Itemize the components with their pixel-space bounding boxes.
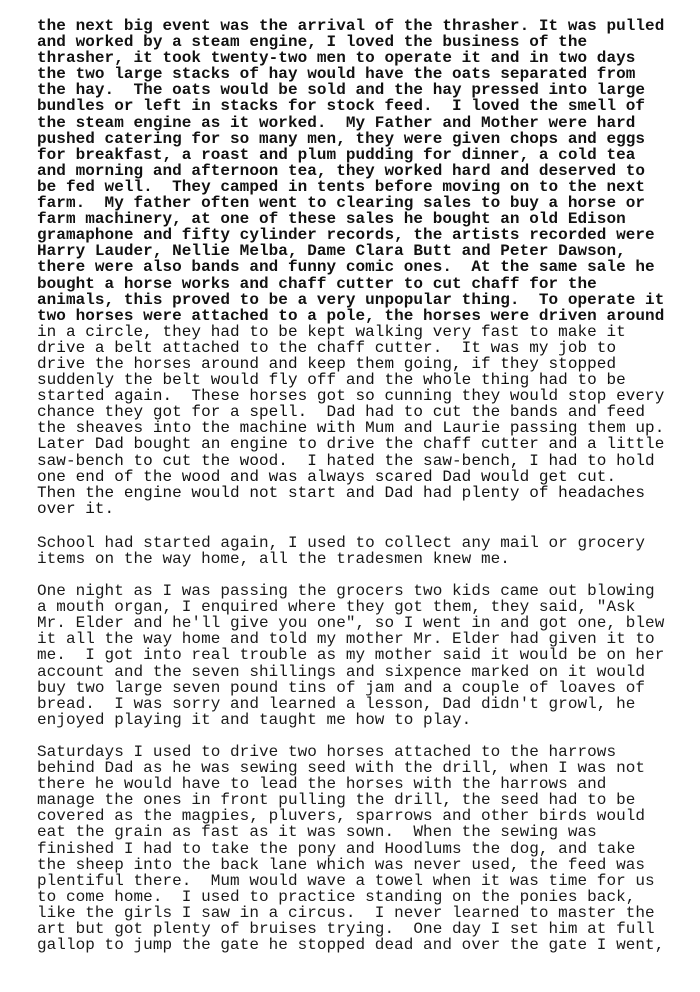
text-line: One night as I was passing the grocers t… — [37, 583, 687, 599]
text-line: bought a horse works and chaff cutter to… — [37, 276, 687, 292]
text-line: there were also bands and funny comic on… — [37, 259, 687, 275]
text-line: two horses were attached to a pole, the … — [37, 308, 687, 324]
text-line: there he would have to lead the horses w… — [37, 776, 687, 792]
text-line: suddenly the belt would fly off and the … — [37, 372, 687, 388]
text-line: for breakfast, a roast and plum pudding … — [37, 147, 687, 163]
text-line: Mr. Elder and he'll give you one", so I … — [37, 615, 687, 631]
text-line: drive the horses around and keep them go… — [37, 356, 687, 372]
text-line: saw-bench to cut the wood. I hated the s… — [37, 453, 687, 469]
text-line: started again. These horses got so cunni… — [37, 388, 687, 404]
text-line: and morning and afternoon tea, they work… — [37, 163, 687, 179]
text-line: and worked by a steam engine, I loved th… — [37, 34, 687, 50]
text-line: bread. I was sorry and learned a lesson,… — [37, 696, 687, 712]
document-page: the next big event was the arrival of th… — [37, 18, 687, 969]
text-line: thrasher, it took twenty-two men to oper… — [37, 50, 687, 66]
text-line: farm. My father often went to clearing s… — [37, 195, 687, 211]
text-line: enjoyed playing it and taught me how to … — [37, 712, 687, 728]
text-line: one end of the wood and was always scare… — [37, 469, 687, 485]
paragraph-thrasher: the next big event was the arrival of th… — [37, 18, 687, 517]
text-line: behind Dad as he was sewing seed with th… — [37, 760, 687, 776]
text-line: the sheaves into the machine with Mum an… — [37, 420, 687, 436]
paragraph-school: School had started again, I used to coll… — [37, 535, 687, 567]
text-line: Later Dad bought an engine to drive the … — [37, 436, 687, 452]
text-line: art but got plenty of bruises trying. On… — [37, 921, 687, 937]
text-line: drive a belt attached to the chaff cutte… — [37, 340, 687, 356]
text-line: in a circle, they had to be kept walking… — [37, 324, 687, 340]
text-line: over it. — [37, 501, 687, 517]
text-line: bundles or left in stacks for stock feed… — [37, 98, 687, 114]
text-line: chance they got for a spell. Dad had to … — [37, 404, 687, 420]
text-line: gallop to jump the gate he stopped dead … — [37, 937, 687, 953]
text-line: the sheep into the back lane which was n… — [37, 857, 687, 873]
text-line: items on the way home, all the tradesmen… — [37, 551, 687, 567]
text-line: it all the way home and told my mother M… — [37, 631, 687, 647]
text-line: be fed well. They camped in tents before… — [37, 179, 687, 195]
text-line: like the girls I saw in a circus. I neve… — [37, 905, 687, 921]
text-line: farm machinery, at one of these sales he… — [37, 211, 687, 227]
text-line: covered as the magpies, pluvers, sparrow… — [37, 808, 687, 824]
text-line: finished I had to take the pony and Hood… — [37, 841, 687, 857]
text-line: the two large stacks of hay would have t… — [37, 66, 687, 82]
text-line: School had started again, I used to coll… — [37, 535, 687, 551]
text-line: manage the ones in front pulling the dri… — [37, 792, 687, 808]
text-line: Harry Lauder, Nellie Melba, Dame Clara B… — [37, 243, 687, 259]
text-line: a mouth organ, I enquired where they got… — [37, 599, 687, 615]
text-line: to come home. I used to practice standin… — [37, 889, 687, 905]
text-line: Saturdays I used to drive two horses att… — [37, 744, 687, 760]
text-line: the steam engine as it worked. My Father… — [37, 115, 687, 131]
text-line: pushed catering for so many men, they we… — [37, 131, 687, 147]
text-line: animals, this proved to be a very unpopu… — [37, 292, 687, 308]
text-line: buy two large seven pound tins of jam an… — [37, 680, 687, 696]
text-line: gramaphone and fifty cylinder records, t… — [37, 227, 687, 243]
paragraph-saturdays: Saturdays I used to drive two horses att… — [37, 744, 687, 953]
text-line: the hay. The oats would be sold and the … — [37, 82, 687, 98]
paragraph-mouth-organ: One night as I was passing the grocers t… — [37, 583, 687, 728]
text-line: the next big event was the arrival of th… — [37, 18, 687, 34]
text-line: eat the grain as fast as it was sown. Wh… — [37, 824, 687, 840]
text-line: account and the seven shillings and sixp… — [37, 664, 687, 680]
text-line: Then the engine would not start and Dad … — [37, 485, 687, 501]
text-line: me. I got into real trouble as my mother… — [37, 647, 687, 663]
text-line: plentiful there. Mum would wave a towel … — [37, 873, 687, 889]
